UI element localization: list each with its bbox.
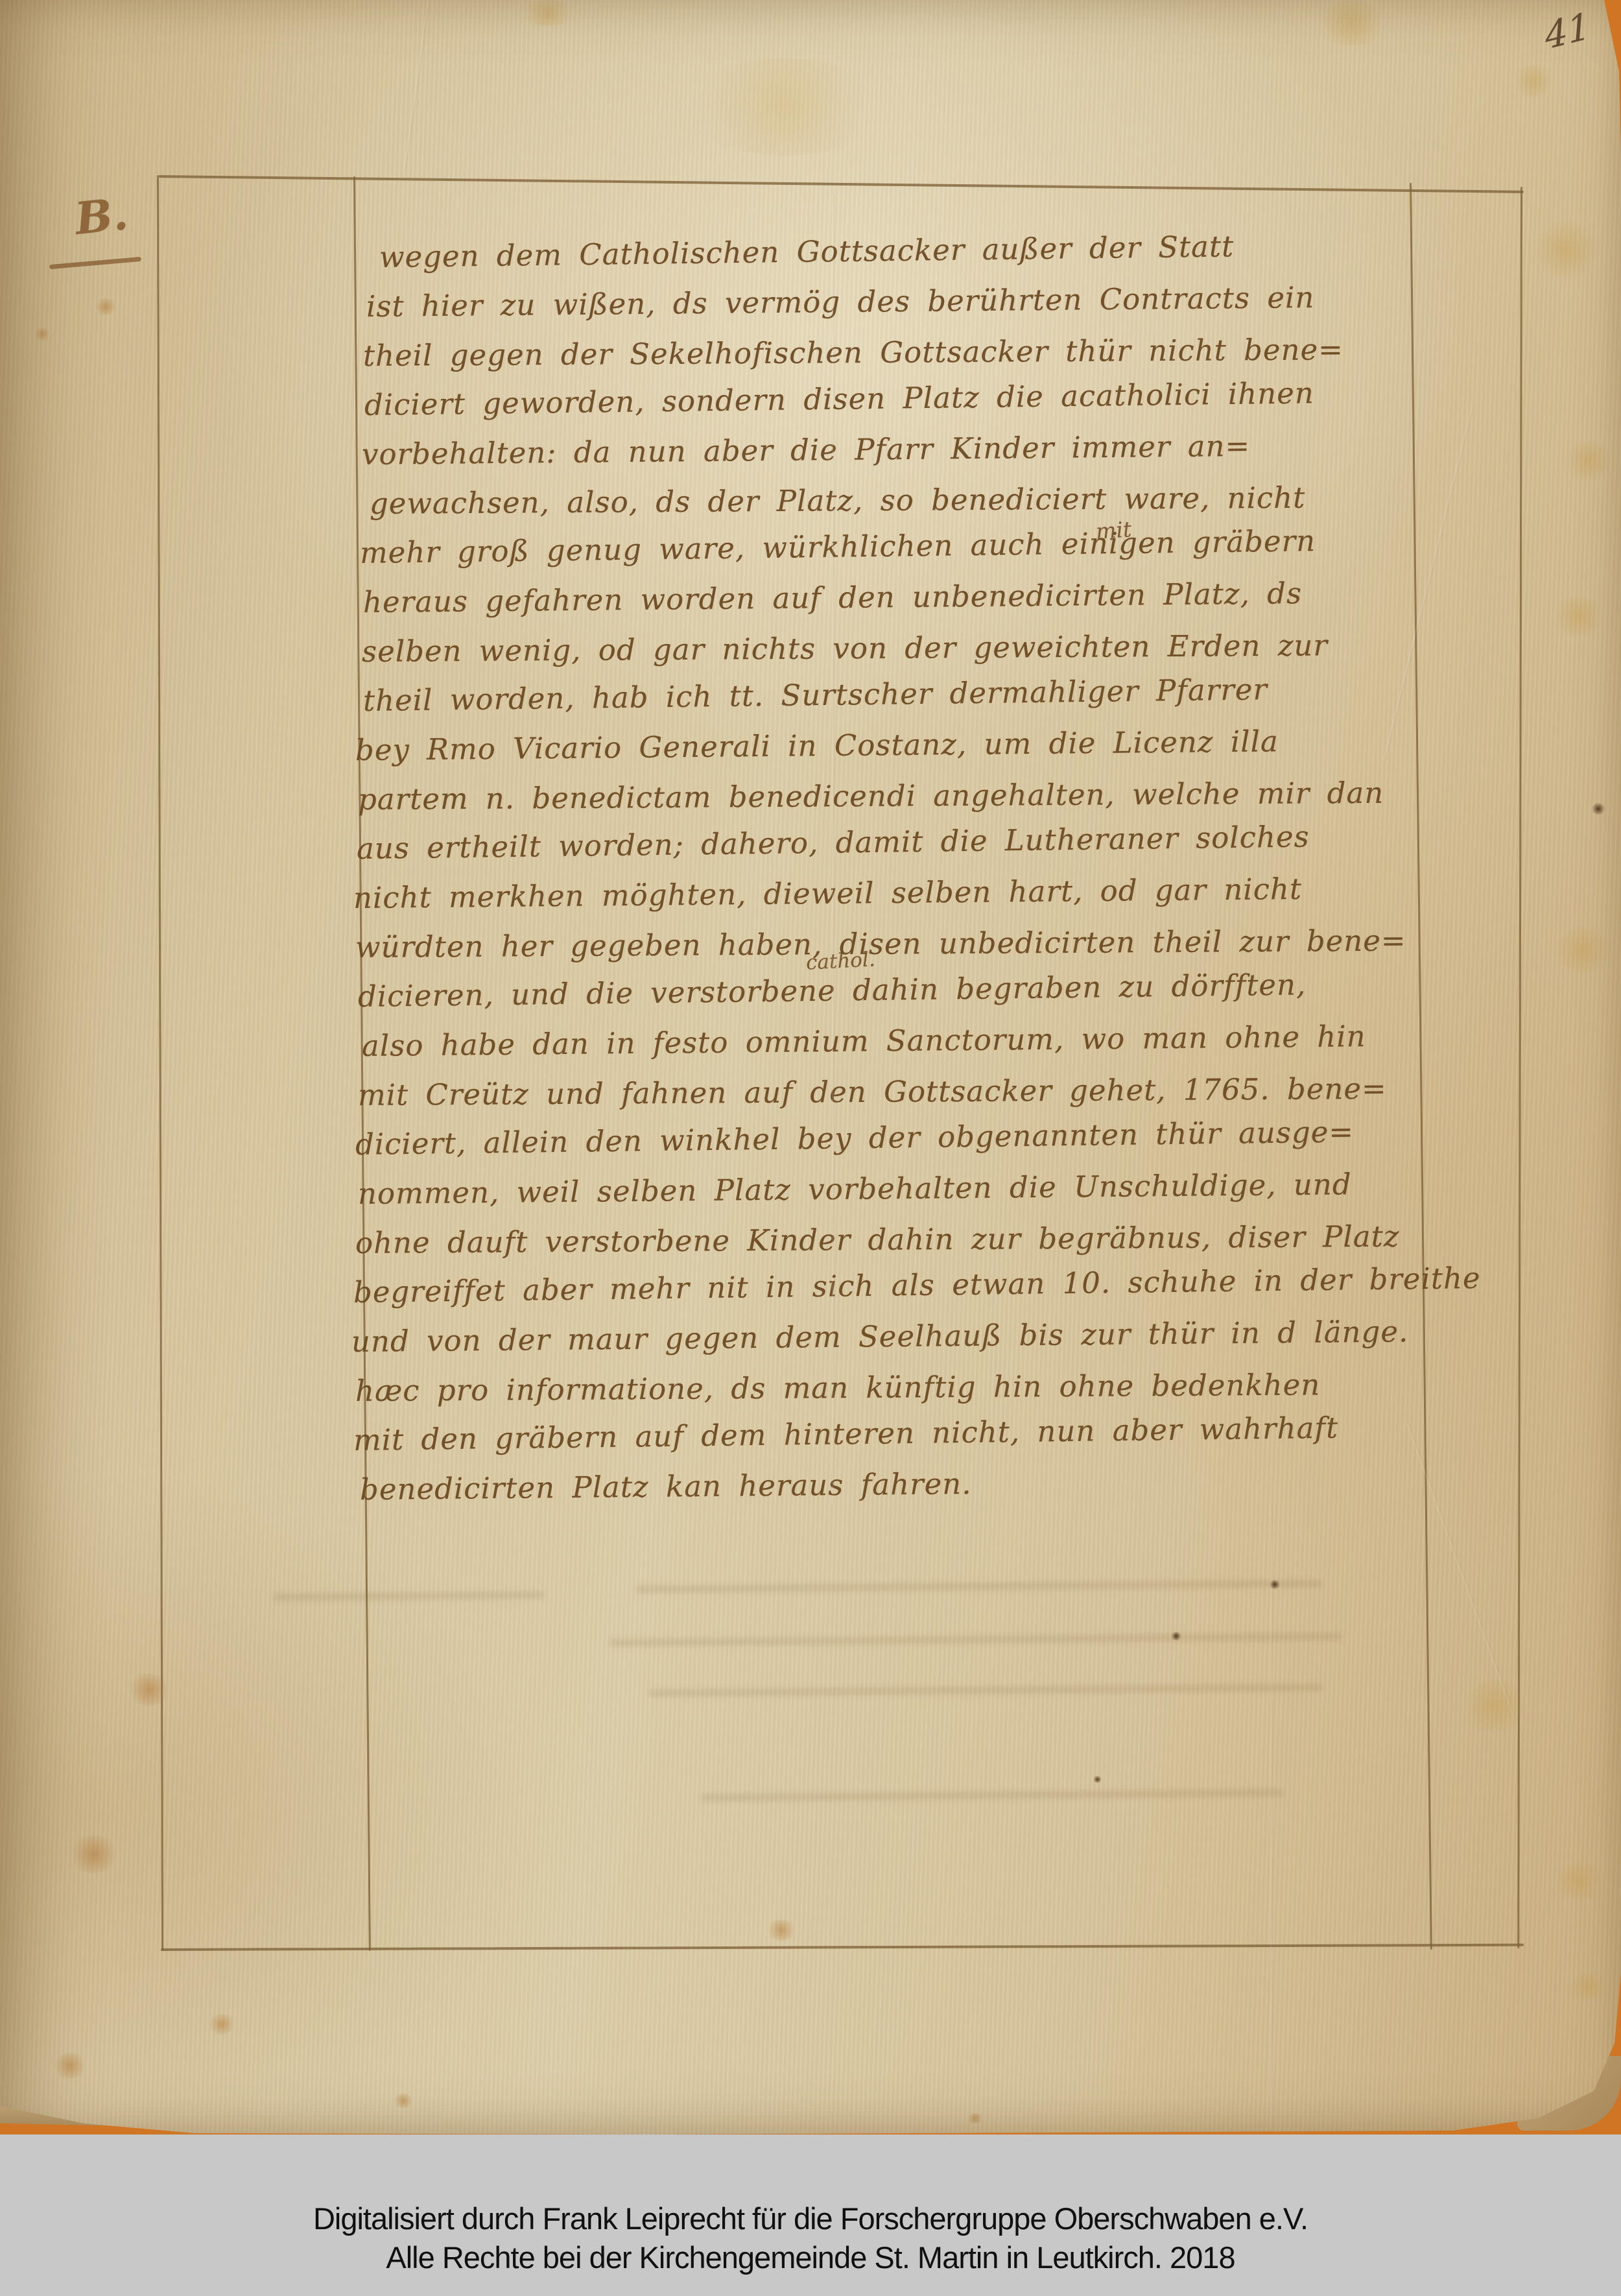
manuscript-line: mit Creütz und fahnen auf den Gottsacker… bbox=[358, 1071, 1387, 1112]
manuscript-line: selben wenig, od gar nichts von der gewe… bbox=[362, 628, 1328, 669]
manuscript-line: nommen, weil selben Platz vorbehalten di… bbox=[358, 1167, 1352, 1211]
manuscript-text: wegen dem Catholischen Gottsacker außer … bbox=[0, 0, 1621, 2135]
manuscript-line: heraus gefahren worden auf den unbenedic… bbox=[363, 576, 1303, 619]
caption-line-2: Alle Rechte bei der Kirchengemeinde St. … bbox=[0, 2238, 1621, 2277]
manuscript-line: und von der maur gegen dem Seelhauß bis … bbox=[351, 1314, 1409, 1359]
manuscript-line: hæc pro informatione, ds man künftig hin… bbox=[355, 1367, 1321, 1408]
manuscript-line: bey Rmo Vicario Generali in Costanz, um … bbox=[355, 724, 1279, 767]
interlinear-insertion: cathol. bbox=[805, 948, 875, 975]
caption-bar: Digitalisiert durch Frank Leiprecht für … bbox=[0, 2135, 1621, 2296]
manuscript-line: vorbehalten: da nun aber die Pfarr Kinde… bbox=[362, 429, 1251, 472]
manuscript-line: theil worden, hab ich tt. Surtscher derm… bbox=[363, 672, 1268, 718]
manuscript-line: dicieren, und die verstorbene dahin begr… bbox=[358, 967, 1307, 1014]
manuscript-line: partem n. benedictam benedicendi angehal… bbox=[358, 776, 1384, 817]
manuscript-line: also habe dan in festo omnium Sanctorum,… bbox=[362, 1019, 1366, 1063]
manuscript-line: ohne dauft verstorbene Kinder dahin zur … bbox=[355, 1219, 1400, 1260]
manuscript-line: ist hier zu wißen, ds vermög des berührt… bbox=[366, 280, 1315, 324]
manuscript-line: begreiffet aber mehr nit in sich als etw… bbox=[353, 1261, 1481, 1309]
manuscript-line: gewachsen, also, ds der Platz, so benedi… bbox=[370, 481, 1306, 521]
manuscript-line: nicht merkhen möghten, dieweil selben ha… bbox=[353, 872, 1302, 915]
interlinear-insertion: mit bbox=[1095, 516, 1133, 544]
manuscript-line: theil gegen der Sekelhofischen Gottsacke… bbox=[363, 332, 1343, 373]
manuscript-line: aus ertheilt worden; dahero, damit die L… bbox=[357, 819, 1310, 866]
manuscript-page: 41 B. wegen dem Catholischen Gottsacker … bbox=[0, 0, 1621, 2135]
manuscript-line: mit den gräbern auf dem hinteren nicht, … bbox=[353, 1411, 1339, 1457]
caption-line-1: Digitalisiert durch Frank Leiprecht für … bbox=[0, 2199, 1621, 2238]
manuscript-line: benedicirten Platz kan heraus fahren. bbox=[360, 1466, 972, 1507]
manuscript-line: diciert geworden, sondern disen Platz di… bbox=[364, 376, 1314, 422]
manuscript-line: mehr groß genug ware, würkhlichen auch e… bbox=[360, 523, 1316, 570]
manuscript-line: würdten her gegeben haben, disen unbedic… bbox=[355, 924, 1406, 964]
manuscript-line: diciert, allein den winkhel bey der obge… bbox=[355, 1114, 1355, 1162]
manuscript-line: wegen dem Catholischen Gottsacker außer … bbox=[379, 229, 1235, 274]
scan-photo: 41 B. wegen dem Catholischen Gottsacker … bbox=[0, 0, 1621, 2296]
